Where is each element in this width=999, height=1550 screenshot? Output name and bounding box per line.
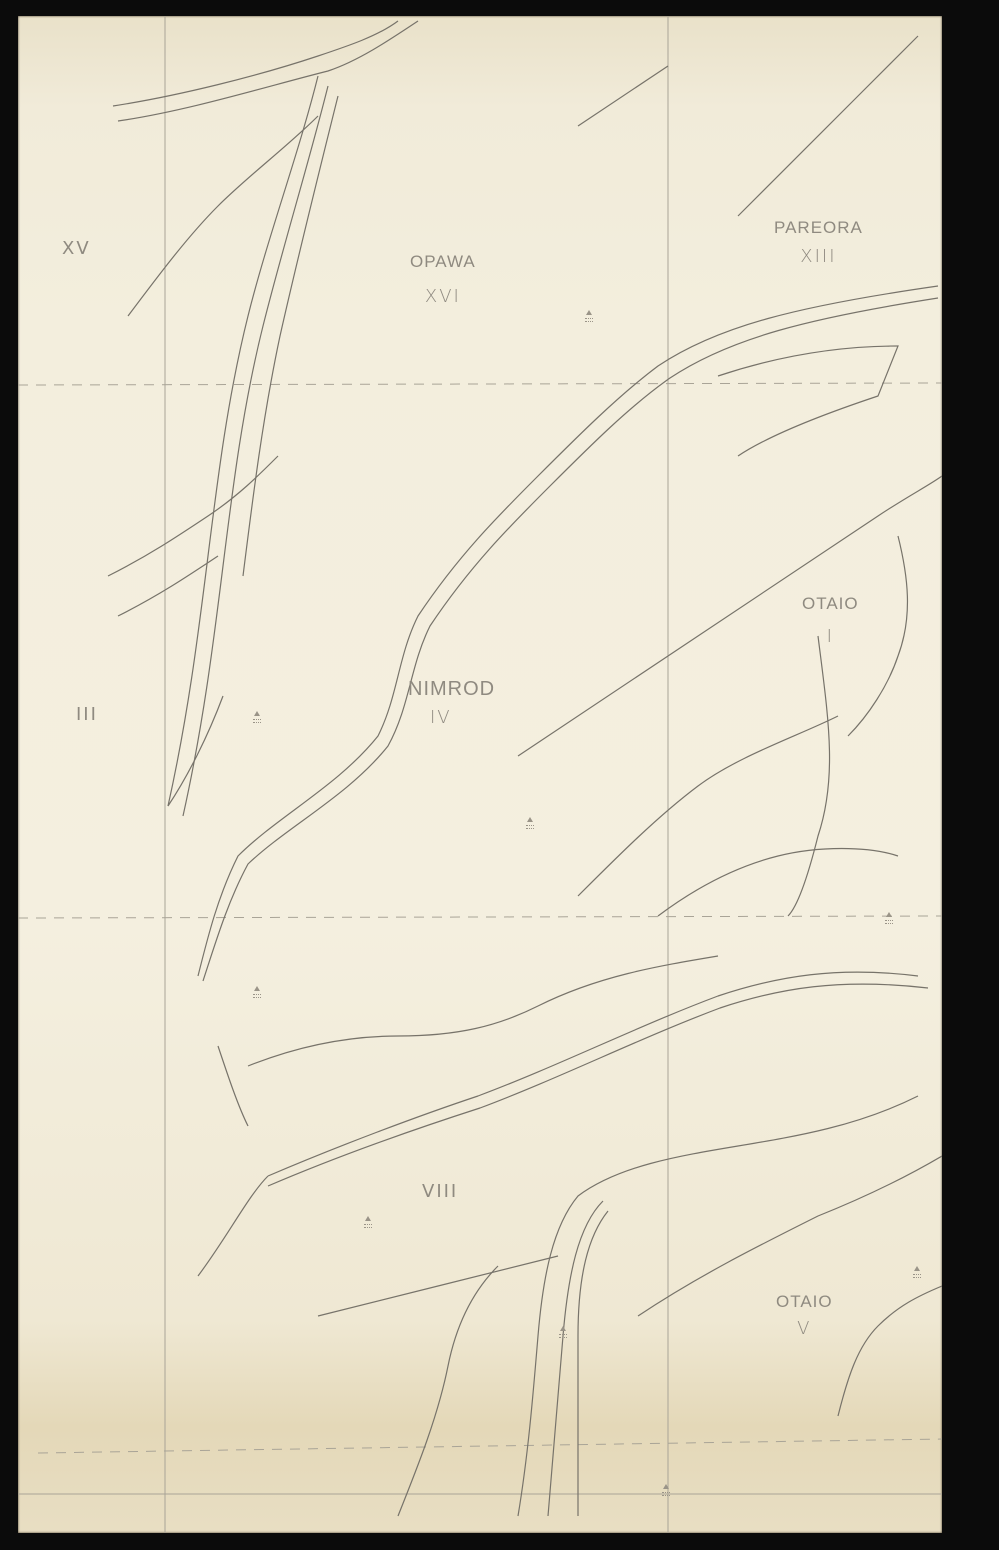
- trig-station-icon: [558, 1326, 568, 1340]
- block-name: NIMROD: [408, 678, 495, 701]
- trig-station-icon: [912, 1266, 922, 1280]
- trig-station-icon: [584, 310, 594, 324]
- block-name: PAREORA: [774, 218, 863, 238]
- map-sheet: XV OPAWA XVI PAREORA XIII NIMROD IV OTAI…: [18, 16, 942, 1533]
- block-label-viii: VIII: [422, 1181, 458, 1202]
- block-label-xv: XV: [62, 238, 91, 259]
- block-numeral: XIII: [774, 246, 863, 267]
- block-label-otaio-1: OTAIO I: [802, 594, 859, 647]
- block-numeral: XVI: [410, 286, 476, 307]
- block-numeral: IV: [408, 707, 495, 728]
- trig-station-icon: [252, 986, 262, 1000]
- trig-station-icon: [363, 1216, 373, 1230]
- block-numeral: V: [776, 1318, 833, 1339]
- block-label-iii: III: [76, 704, 98, 725]
- block-label-pareora: PAREORA XIII: [774, 218, 863, 267]
- block-label-otaio-5: OTAIO V: [776, 1292, 833, 1339]
- trig-station-icon: [252, 711, 262, 725]
- block-numeral: I: [802, 626, 859, 647]
- block-name: OTAIO: [802, 594, 859, 614]
- block-label-opawa: OPAWA XVI: [410, 252, 476, 307]
- trig-station-icon: [525, 817, 535, 831]
- trig-station-icon: [661, 1484, 671, 1498]
- block-name: OPAWA: [410, 252, 476, 272]
- trig-station-icon: [884, 912, 894, 926]
- block-label-nimrod: NIMROD IV: [408, 678, 495, 728]
- block-name: OTAIO: [776, 1292, 833, 1312]
